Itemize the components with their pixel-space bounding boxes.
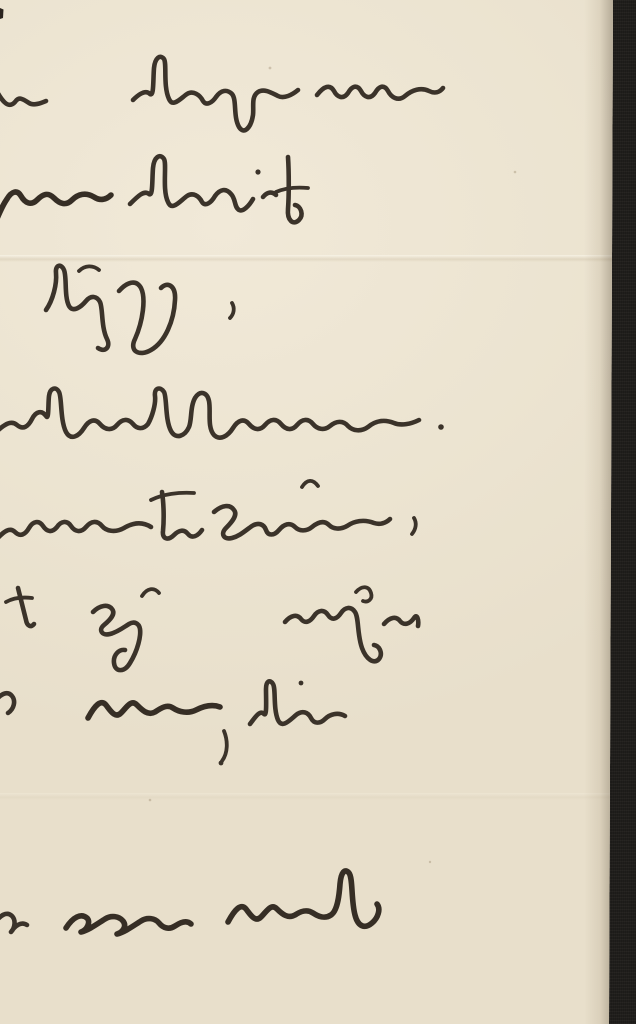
word-te-stem: [162, 492, 202, 538]
period: [438, 424, 444, 430]
comma: [222, 731, 227, 761]
word-meer: [0, 522, 151, 540]
word-die: [250, 681, 345, 724]
ij-diacritic: [142, 589, 159, 596]
word-mijn-body: [285, 608, 381, 661]
letter-i: [263, 193, 276, 197]
handwriting-line-5: [0, 481, 416, 540]
paper-speck: [269, 67, 272, 70]
paper-speck: [149, 799, 152, 802]
word-ndenkbaar: [0, 389, 419, 438]
letter-page: [0, 0, 636, 1024]
word-fragment: [0, 693, 14, 713]
handwriting-line-3: [46, 266, 234, 353]
letter-V: [119, 283, 175, 353]
i-dot: [255, 169, 260, 174]
paper-speck: [514, 171, 517, 174]
word-zij: [93, 606, 140, 670]
circumflex-accent: [302, 481, 318, 487]
ij-diacritic-curl: [356, 587, 371, 601]
word-fragment: [0, 914, 27, 932]
handwriting-line-4: [0, 389, 444, 438]
handwriting-line-8: [0, 871, 379, 934]
letter-t-crossbar: [276, 188, 308, 192]
handwriting-line-6: [6, 587, 418, 670]
comma: [412, 518, 416, 534]
word-was: [88, 703, 220, 718]
scan-viewport: [0, 0, 636, 1024]
paper-speck: [429, 861, 431, 863]
handwriting-line-1: [0, 57, 443, 131]
word-weer: [317, 87, 443, 99]
word-zien: [214, 506, 390, 538]
handwriting-line-7: [0, 681, 345, 766]
word-fragment: [0, 86, 46, 105]
word-te-crossbar: [151, 493, 194, 500]
word-een: [66, 916, 191, 934]
word-mijn-end: [384, 616, 418, 626]
stray-ink-dot: [219, 761, 224, 766]
edge-ink-mark: [0, 8, 4, 19]
handwriting-line-2: [0, 156, 308, 226]
ij-diacritic: [79, 266, 99, 271]
word-bij: [46, 266, 108, 350]
letter-t-stem: [18, 588, 34, 626]
word-dagen: [133, 57, 298, 131]
i-dot: [299, 681, 304, 686]
word-fragment: [0, 192, 111, 226]
word-wat: [228, 871, 379, 926]
word-draait-body: [130, 156, 253, 210]
comma: [230, 303, 234, 318]
handwriting-layer: [0, 0, 636, 1024]
